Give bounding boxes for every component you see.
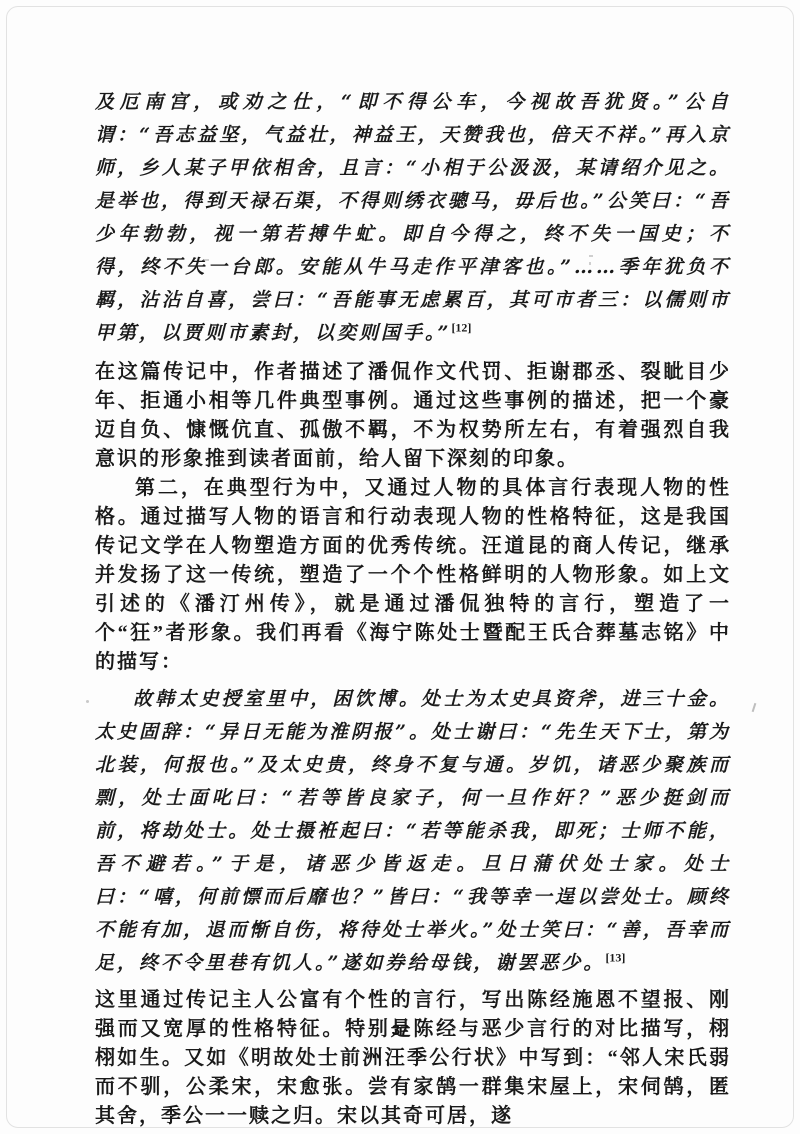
paragraph-commentary-1: 在这篇传记中，作者描述了潘侃作文代罚、拒谢郡丞、裂眦目少年、拒通小相等几件典型事…	[95, 358, 731, 474]
scan-artifact-tick	[752, 703, 757, 712]
footnote-ref-13: [13]	[605, 951, 625, 965]
page-number: 37	[0, 1022, 800, 1039]
quote-1-text: 及厄南宫，或劝之仕，“即不得公车，今视故吾犹贤。”公自谓：“吾志益坚，气益壮，神…	[95, 91, 731, 344]
scan-artifact-dot	[86, 700, 89, 703]
page-content: 及厄南宫，或劝之仕，“即不得公车，今视故吾犹贤。”公自谓：“吾志益坚，气益壮，神…	[95, 86, 731, 1131]
block-quote-1: 及厄南宫，或劝之仕，“即不得公车，今视故吾犹贤。”公自谓：“吾志益坚，气益壮，神…	[95, 86, 731, 350]
footnote-ref-12: [12]	[451, 321, 471, 335]
paragraph-commentary-2: 第二，在典型行为中，又通过人物的具体言行表现人物的性格。通过描写人物的语言和行动…	[95, 474, 731, 677]
block-quote-2: 故韩太史授室里中，困饮博。处士为太史具资斧，进三十金。太史固辞：“异日无能为淮阴…	[95, 683, 731, 980]
paragraph-commentary-3: 这里通过传记主人公富有个性的言行，写出陈经施恩不望报、刚强而又宽厚的性格特征。特…	[95, 986, 731, 1131]
quote-2-text: 故韩太史授室里中，困饮博。处士为太史具资斧，进三十金。太史固辞：“异日无能为淮阴…	[95, 688, 731, 974]
